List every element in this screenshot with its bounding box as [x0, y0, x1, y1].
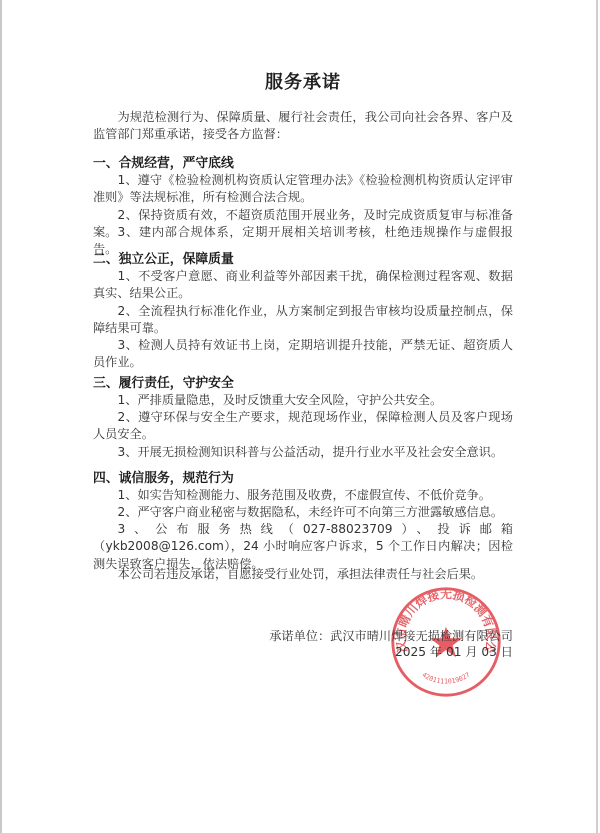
closing-paragraph: 本公司若违反承诺，自愿接受行业处罚，承担法律责任与社会后果。: [93, 566, 513, 583]
section-2-item-3: 3、检测人员持有效证书上岗，定期培训提升技能，严禁无证、超资质人员作业。: [93, 337, 513, 372]
section-2-item-1: 1、不受客户意愿、商业利益等外部因素干扰，确保检测过程客观、数据真实、结果公正。: [93, 268, 513, 303]
section-heading-4: 四、诚信服务，规范行为: [93, 470, 513, 487]
section-4-item-1: 1、如实告知检测能力、服务范围及收费，不虚假宣传、不低价竞争。: [93, 487, 513, 504]
section-3-item-1: 1、严排质量隐患，及时反馈重大安全风险，守护公共安全。: [93, 392, 513, 409]
page-title: 服务承诺: [93, 68, 513, 94]
intro-paragraph: 为规范检测行为、保障质量、履行社会责任，我公司向社会各界、客户及监管部门郑重承诺…: [93, 109, 513, 144]
section-3-item-3: 3、开展无损检测知识科普与公益活动，提升行业水平及社会安全意识。: [93, 444, 513, 461]
section-4-item-2: 2、严守客户商业秘密与数据隐私，未经许可不向第三方泄露敏感信息。: [93, 504, 513, 521]
document-page: 服务承诺 为规范检测行为、保障质量、履行社会责任，我公司向社会各界、客户及监管部…: [0, 0, 598, 833]
section-3-item-2: 2、遵守环保与安全生产要求，规范现场作业，保障检测人员及客户现场人员安全。: [93, 409, 513, 444]
section-2-item-2: 2、全流程执行标准化作业，从方案制定到报告审核均设质量控制点，保障结果可靠。: [93, 303, 513, 338]
signature-company: 承诺单位：武汉市晴川焊接无损检测有限公司: [269, 627, 513, 644]
svg-text:4201111019027: 4201111019027: [420, 671, 471, 686]
section-heading-2: 二、独立公正，保障质量: [93, 251, 513, 268]
section-1-item-1: 1、遵守《检验检测机构资质认定管理办法》《检验检测机构资质认定评审准则》等法规标…: [93, 172, 513, 207]
section-heading-1: 一、合规经营，严守底线: [93, 155, 513, 172]
section-heading-3: 三、履行责任，守护安全: [93, 375, 513, 392]
signature-date: 2025 年 01 月 03 日: [395, 643, 513, 660]
